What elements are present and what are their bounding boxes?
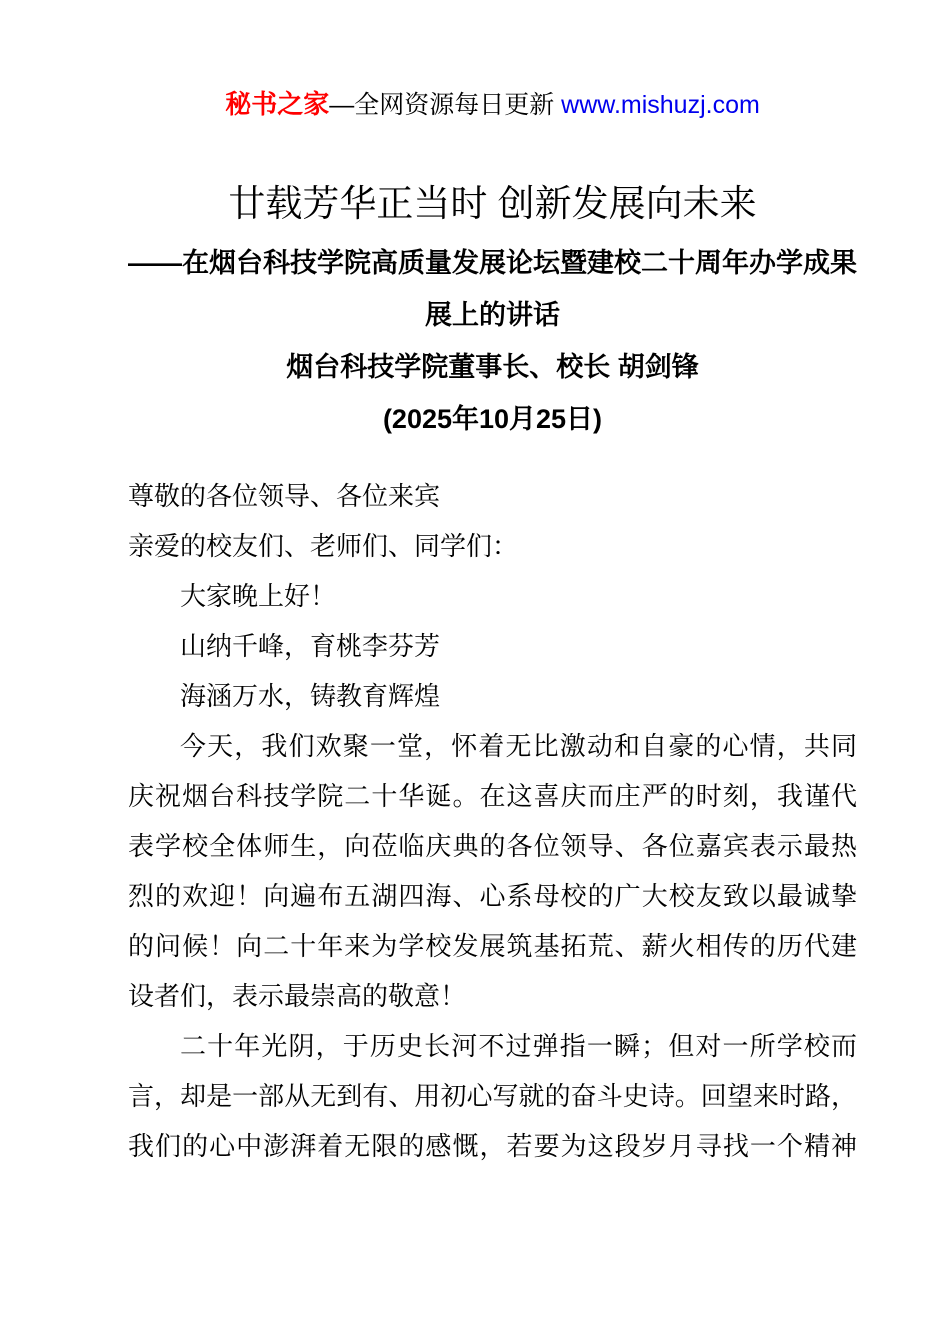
body-line: 表学校全体师生，向莅临庆典的各位领导、各位嘉宾表示最热 (128, 821, 857, 871)
site-name: 秘书之家 (225, 89, 329, 119)
body-line: 我们的心中澎湃着无限的感慨，若要为这段岁月寻找一个精神 (128, 1121, 857, 1171)
site-tagline: —全网资源每日更新 (329, 91, 561, 119)
body-line: 今天，我们欢聚一堂，怀着无比激动和自豪的心情，共同 (128, 721, 857, 771)
body-line: 设者们，表示最崇高的敬意！ (128, 971, 857, 1021)
subtitle-line: 展上的讲话 (128, 289, 857, 341)
body-line: 大家晚上好！ (128, 571, 857, 621)
watermark-header: 秘书之家—全网资源每日更新 www.mishuzj.com (128, 88, 857, 121)
body-line: 庆祝烟台科技学院二十华诞。在这喜庆而庄严的时刻，我谨代 (128, 771, 857, 821)
body-line: 山纳千峰，育桃李芬芳 (128, 621, 857, 671)
date-line: (2025年10月25日) (128, 393, 857, 445)
document-page: 秘书之家—全网资源每日更新 www.mishuzj.com 廿载芳华正当时 创新… (0, 0, 950, 1344)
document-title: 廿载芳华正当时 创新发展向未来 (128, 181, 857, 227)
author-line: 烟台科技学院董事长、校长 胡剑锋 (128, 341, 857, 393)
document-subtitle: ——在烟台科技学院高质量发展论坛暨建校二十周年办学成果展上的讲话 (128, 237, 857, 341)
speech-body: 尊敬的各位领导、各位来宾亲爱的校友们、老师们、同学们：大家晚上好！山纳千峰，育桃… (128, 471, 857, 1171)
body-line: 烈的欢迎！向遍布五湖四海、心系母校的广大校友致以最诚挚 (128, 871, 857, 921)
body-line: 二十年光阴，于历史长河不过弹指一瞬；但对一所学校而 (128, 1021, 857, 1071)
body-line: 言，却是一部从无到有、用初心写就的奋斗史诗。回望来时路， (128, 1071, 857, 1121)
body-line: 海涵万水，铸教育辉煌 (128, 671, 857, 721)
body-line: 尊敬的各位领导、各位来宾 (128, 471, 857, 521)
site-url-link[interactable]: www.mishuzj.com (561, 91, 760, 119)
subtitle-line: ——在烟台科技学院高质量发展论坛暨建校二十周年办学成果 (128, 237, 857, 289)
body-line: 亲爱的校友们、老师们、同学们： (128, 521, 857, 571)
body-line: 的问候！向二十年来为学校发展筑基拓荒、薪火相传的历代建 (128, 921, 857, 971)
